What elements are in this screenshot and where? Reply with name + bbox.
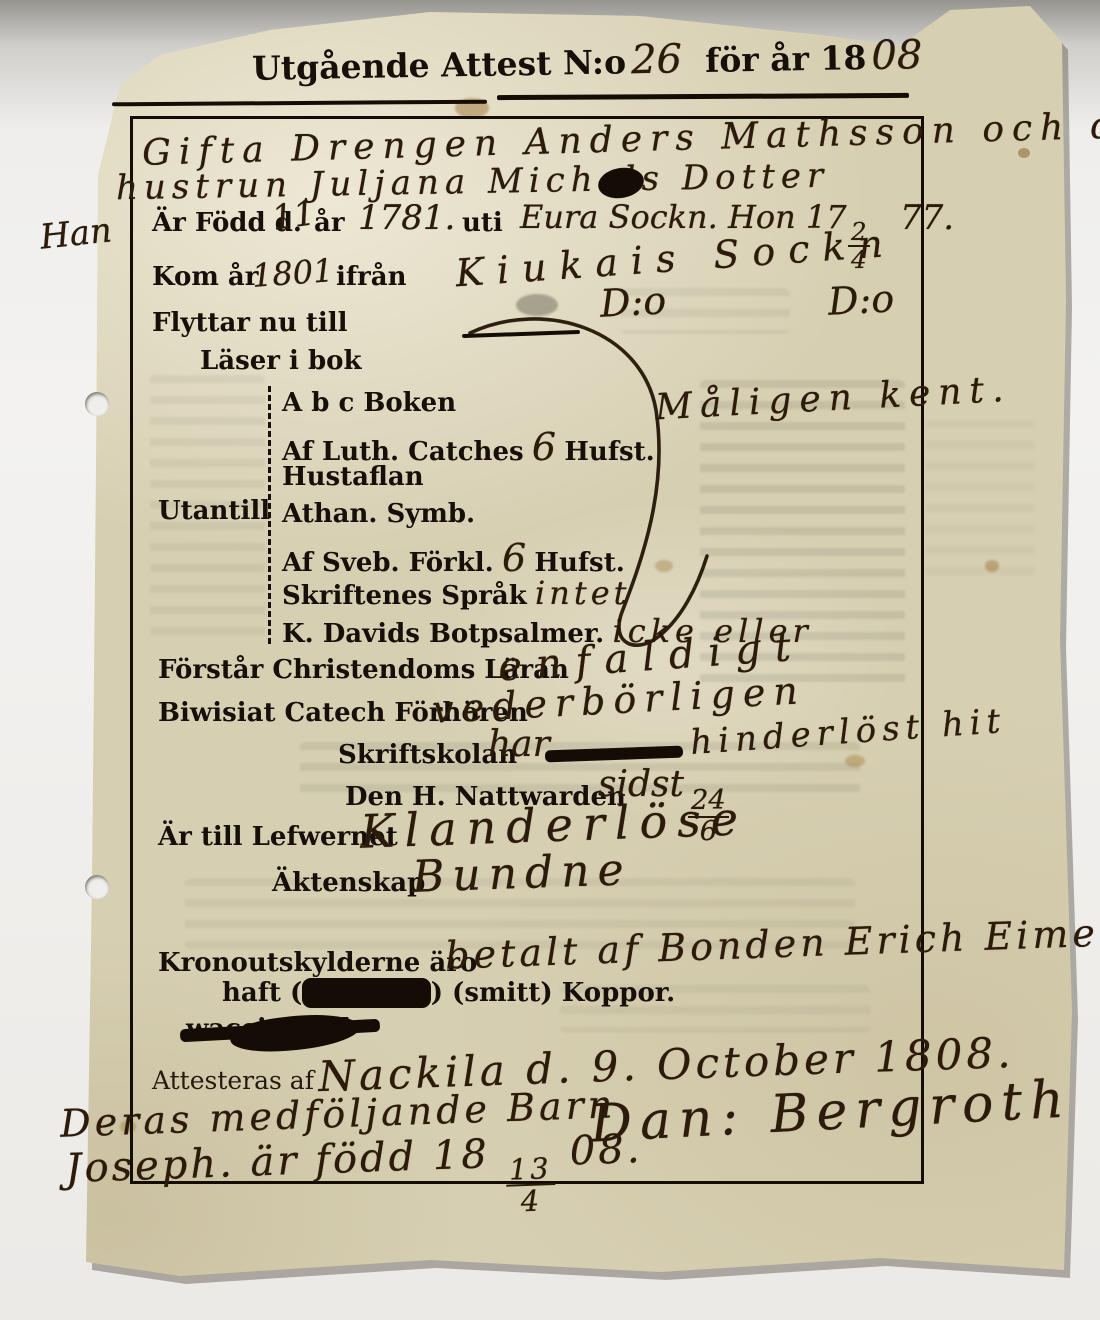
item-label: Hustaflan (282, 462, 424, 492)
utantill-item: A b c Boken (282, 388, 456, 418)
koppor-label-pre: haft ( (222, 978, 302, 1008)
utantill-item: Athan. Symb. (282, 499, 475, 529)
born-label-year: år (314, 208, 345, 238)
kom-year: 1801 (251, 251, 335, 295)
utantill-label: Utantill (158, 496, 270, 526)
header-year: 08 (871, 32, 923, 79)
koppor-label-post: ) (smitt) Koppor. (431, 978, 676, 1008)
born-day: 11 (269, 193, 317, 239)
header-printed-left: Utgående Attest N:o (252, 42, 627, 88)
item-label: Athan. Symb. (282, 499, 475, 529)
aktenskap-value: Bundne (411, 844, 632, 903)
flyttar-label: Flyttar nu till (152, 308, 348, 338)
born-year: 1781. (358, 198, 455, 238)
margin-note: Han (38, 210, 114, 257)
item-label: A b c Boken (282, 388, 456, 418)
punch-hole (85, 392, 109, 416)
footer-date-fraction: 134 (505, 1153, 556, 1217)
skriftskolan-value-1: har (488, 724, 550, 765)
scanned-document: Utgående Attest N:o 26 för år 18 08 Gift… (0, 0, 1100, 1320)
krono-label: Kronoutskylderne äro (158, 948, 477, 978)
item-label: Skriftenes Språk (282, 581, 527, 611)
fraction-denominator: 4 (520, 1186, 542, 1217)
header-attest-number: 26 (631, 36, 683, 83)
item-value: intet (535, 574, 631, 612)
koppor-row: haft (ympade) (smitt) Koppor. (222, 978, 675, 1008)
punch-hole (85, 875, 109, 899)
laser-label: Läser i bok (200, 346, 362, 376)
bleed-through-block (925, 420, 1035, 580)
stain-spot (1018, 148, 1030, 158)
stain-spot (985, 560, 999, 572)
born-year-end: 77. (900, 198, 954, 238)
item-value: 6 (532, 425, 556, 469)
footer-line-2-year: 08. (569, 1126, 643, 1175)
attesteras-label: Attesteras af (152, 1066, 314, 1095)
item-suffix: Hufst. (564, 437, 654, 467)
kom-label-ifran: ifrån (336, 262, 407, 292)
aktenskap-label: Äktenskap (272, 868, 425, 898)
koppor-blotted-word: ympade (302, 978, 430, 1008)
gray-smudge (516, 294, 558, 316)
utantill-item: Hustaflan (282, 462, 424, 492)
kom-label: Kom år (152, 262, 258, 292)
born-label-uti: uti (462, 208, 503, 238)
utantill-item: Skriftenes Språk intet (282, 574, 631, 612)
fraction-numerator: 13 (505, 1153, 555, 1187)
header-printed-right: för år 18 (705, 38, 867, 80)
flyttar-ditto-2: D:o (827, 276, 895, 323)
flyttar-ditto-1: D:o (599, 278, 667, 325)
